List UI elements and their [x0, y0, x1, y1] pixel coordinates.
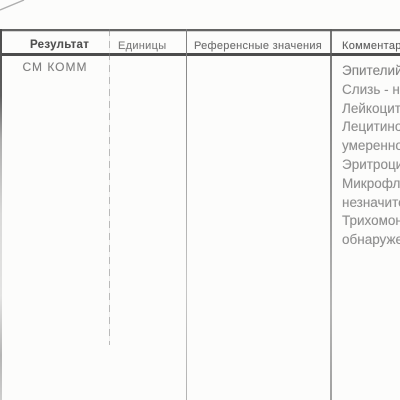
comment-line: незначите [342, 194, 400, 213]
column-header-units: Единицы [118, 40, 166, 52]
result-cell-value: СМ КОММ [0, 60, 110, 74]
comment-line: Эритроци [342, 156, 400, 175]
column-rule-units-reference [186, 29, 187, 400]
comment-line: Слизь - не [342, 81, 400, 100]
comment-line: Микрофло [342, 175, 400, 194]
scan-corner-mark [0, 0, 30, 14]
comment-line: обнаруже [342, 231, 400, 250]
table-left-border-rule [0, 29, 2, 400]
column-rule-reference-comments [330, 29, 332, 400]
comment-line: умеренно [342, 137, 400, 156]
column-header-result: Результат [30, 39, 89, 51]
comment-line: Трихомон [342, 212, 400, 231]
table-top-rule [0, 29, 400, 31]
column-rule-result-units [109, 29, 110, 345]
comment-line: Лейкоциты [342, 100, 400, 119]
scanned-lab-report-page: Результат Единицы Референсные значения К… [0, 0, 400, 400]
header-divider-rule [0, 53, 400, 56]
comment-line: Эпителий [342, 62, 400, 81]
column-header-comments: Комментари [342, 40, 400, 52]
comment-line: Лецитино [342, 118, 400, 137]
column-header-reference-values: Референсные значения [186, 40, 330, 52]
comments-cell: Эпителий Слизь - не Лейкоциты Лецитино у… [342, 62, 400, 250]
